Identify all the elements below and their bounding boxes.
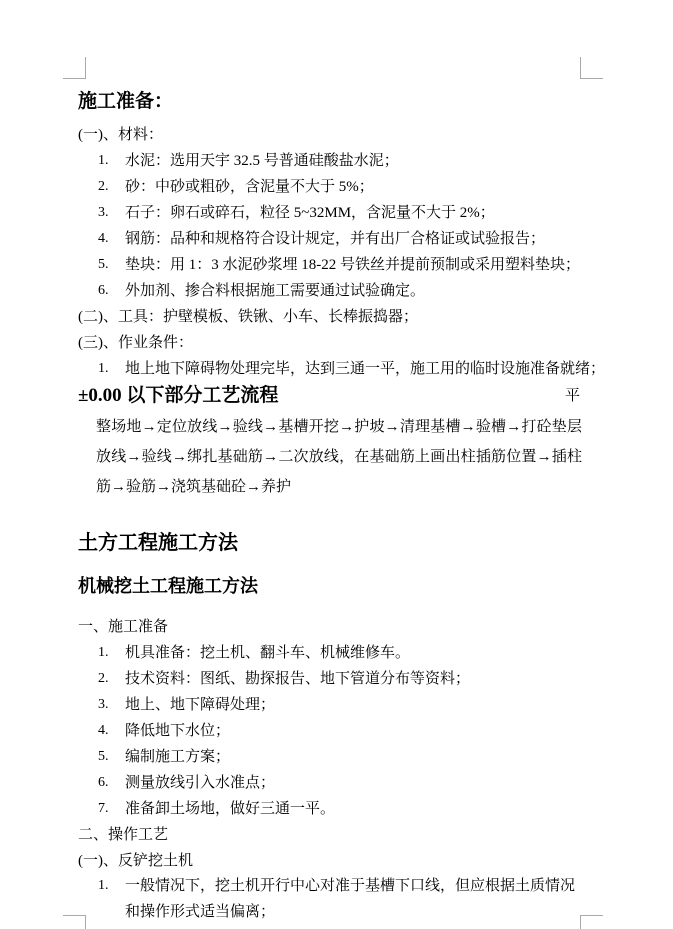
list-text: 准备卸土场地，做好三通一平。 — [125, 799, 335, 819]
document-page: 施工准备： (一)、材料： 1.水泥：选用天宇 32.5 号普通硅酸盐水泥； 2… — [0, 0, 673, 929]
section-label-materials: (一)、材料： — [78, 125, 163, 145]
list-item-prep-2: 2.技术资料：图纸、勘探报告、地下管道分布等资料； — [98, 669, 470, 689]
list-item-material-3: 3.石子：卵石或碎石，粒径 5~32MM，含泥量不大于 2%； — [98, 203, 495, 223]
heading-process-flow-row: ±0.00 以下部分工艺流程 平 — [78, 384, 580, 408]
crop-mark-bottom-right — [580, 915, 603, 929]
list-item-backhoe-1: 1.一般情况下，挖土机开行中心对准于基槽下口线，但应根据土质情况和操作形式适当偏… — [98, 873, 582, 925]
section-label-tools: (二)、工具：护壁模板、铁锹、小车、长棒振捣器； — [78, 307, 418, 327]
list-text: 机具准备：挖土机、翻斗车、机械维修车。 — [125, 643, 410, 663]
crop-mark-bottom-left — [63, 915, 86, 929]
list-number: 3. — [98, 695, 125, 715]
process-flow-paragraph: 整场地→定位放线→验线→基槽开挖→护坡→清理基槽→验槽→打砼垫层放线→验线→绑扎… — [96, 412, 582, 502]
stray-character: 平 — [565, 384, 580, 408]
list-number: 5. — [98, 255, 125, 275]
list-item-material-5: 5.垫块：用 1：3 水泥砂浆埋 18-22 号铁丝并提前预制或采用塑料垫块； — [98, 255, 580, 275]
list-item-prep-6: 6.测量放线引入水准点； — [98, 773, 275, 793]
list-text: 外加剂、掺合料根据施工需要通过试验确定。 — [125, 281, 425, 301]
list-item-condition-1: 1.地上地下障碍物处理完毕，达到三通一平，施工用的临时设施准备就绪； — [98, 359, 605, 379]
heading-mechanical-excavation-method: 机械挖土工程施工方法 — [78, 575, 258, 597]
list-number: 1. — [98, 359, 125, 379]
list-text: 垫块：用 1：3 水泥砂浆埋 18-22 号铁丝并提前预制或采用塑料垫块； — [125, 255, 580, 275]
list-number: 2. — [98, 669, 125, 689]
list-text: 水泥：选用天宇 32.5 号普通硅酸盐水泥； — [125, 151, 399, 171]
section-label-backhoe: (一)、反铲挖土机 — [78, 851, 193, 871]
list-text: 钢筋：品种和规格符合设计规定，并有出厂合格证或试验报告； — [125, 229, 545, 249]
list-number: 3. — [98, 203, 125, 223]
list-item-prep-7: 7.准备卸土场地，做好三通一平。 — [98, 799, 335, 819]
heading-construction-preparation: 施工准备： — [78, 90, 173, 114]
list-item-prep-5: 5.编制施工方案； — [98, 747, 230, 767]
list-item-material-2: 2.砂：中砂或粗砂，含泥量不大于 5%； — [98, 177, 374, 197]
heading-earthwork-method: 土方工程施工方法 — [78, 531, 238, 555]
list-text: 测量放线引入水准点； — [125, 773, 275, 793]
crop-mark-top-left — [63, 57, 86, 79]
list-number: 6. — [98, 773, 125, 793]
list-number: 7. — [98, 799, 125, 819]
list-text: 地上地下障碍物处理完毕，达到三通一平，施工用的临时设施准备就绪； — [125, 359, 605, 379]
list-number: 2. — [98, 177, 125, 197]
list-number: 4. — [98, 229, 125, 249]
list-item-prep-4: 4.降低地下水位； — [98, 721, 230, 741]
list-item-material-4: 4.钢筋：品种和规格符合设计规定，并有出厂合格证或试验报告； — [98, 229, 545, 249]
list-item-material-6: 6.外加剂、掺合料根据施工需要通过试验确定。 — [98, 281, 425, 301]
section-label-prep: 一、施工准备 — [78, 617, 168, 637]
list-text: 石子：卵石或碎石，粒径 5~32MM，含泥量不大于 2%； — [125, 203, 495, 223]
list-number: 1. — [98, 151, 125, 171]
list-number: 5. — [98, 747, 125, 767]
list-number: 4. — [98, 721, 125, 741]
list-text: 编制施工方案； — [125, 747, 230, 767]
list-number: 1. — [98, 873, 125, 899]
heading-process-flow: ±0.00 以下部分工艺流程 — [78, 384, 278, 408]
crop-mark-top-right — [580, 57, 603, 79]
list-item-prep-1: 1.机具准备：挖土机、翻斗车、机械维修车。 — [98, 643, 410, 663]
list-number: 1. — [98, 643, 125, 663]
section-label-conditions: (三)、作业条件： — [78, 333, 193, 353]
list-text: 地上、地下障碍处理； — [125, 695, 275, 715]
section-label-operation: 二、操作工艺 — [78, 825, 168, 845]
list-text: 降低地下水位； — [125, 721, 230, 741]
list-text: 一般情况下，挖土机开行中心对准于基槽下口线，但应根据土质情况和操作形式适当偏离； — [125, 873, 582, 925]
list-number: 6. — [98, 281, 125, 301]
list-text: 技术资料：图纸、勘探报告、地下管道分布等资料； — [125, 669, 470, 689]
list-item-material-1: 1.水泥：选用天宇 32.5 号普通硅酸盐水泥； — [98, 151, 399, 171]
list-item-prep-3: 3.地上、地下障碍处理； — [98, 695, 275, 715]
list-text: 砂：中砂或粗砂，含泥量不大于 5%； — [125, 177, 374, 197]
